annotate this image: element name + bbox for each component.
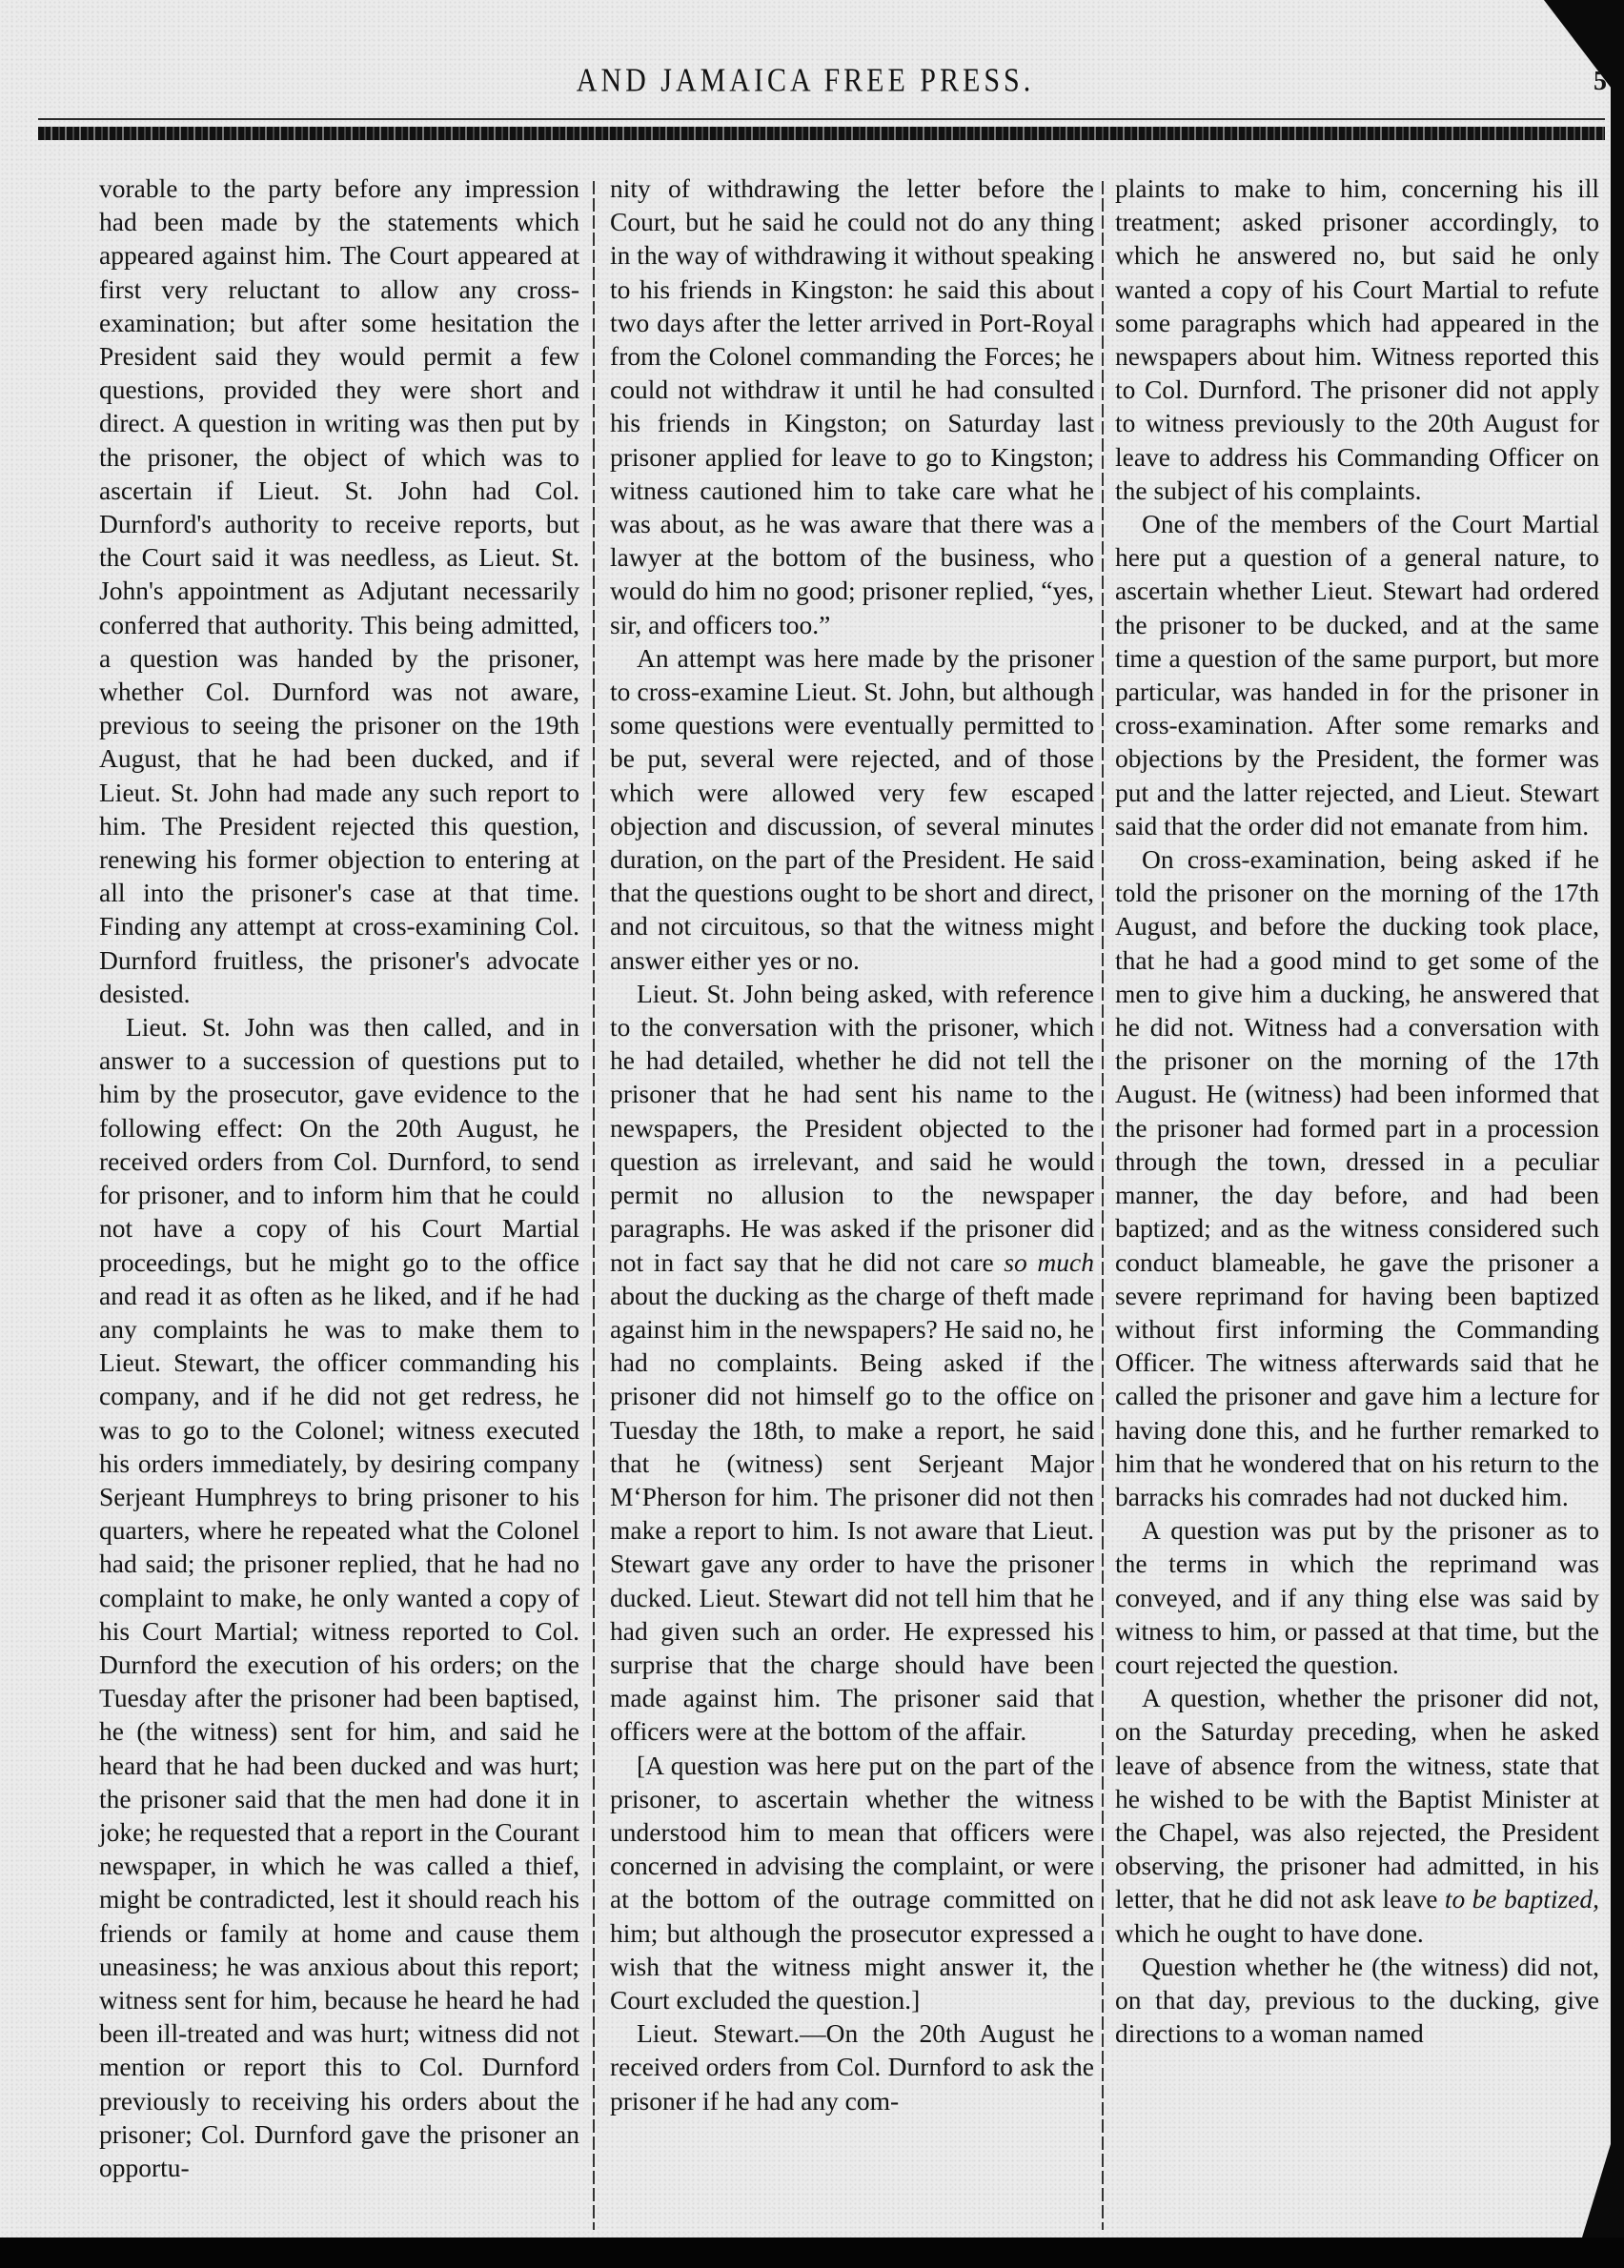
paragraph: [A question was here put on the part of …	[610, 1749, 1094, 2017]
paragraph: Question whether he (the witness) did no…	[1115, 1950, 1599, 2051]
column-divider	[593, 181, 595, 2230]
masthead-title: AND JAMAICA FREE PRESS.	[0, 62, 1611, 99]
scan-background-edge	[0, 2238, 1624, 2268]
paragraph: Lieut. St. John was then called, and in …	[99, 1010, 579, 2184]
italic-emphasis: to be baptized,	[1445, 1884, 1599, 1914]
paragraph: A question, whether the prisoner did not…	[1115, 1681, 1599, 1950]
page-number: 5	[1594, 67, 1607, 97]
column-divider	[1102, 181, 1104, 2230]
paragraph: An attempt was here made by the prisoner…	[610, 641, 1094, 977]
paragraph-text: about the ducking as the charge of theft…	[610, 1281, 1094, 1747]
column-1: vorable to the party before any impressi…	[99, 172, 579, 2184]
paragraph-text: Lieut. St. John being asked, with refere…	[610, 979, 1094, 1277]
header-rule-thin	[38, 118, 1605, 120]
paragraph-text: A question, whether the prisoner did not…	[1115, 1683, 1599, 1914]
column-3: plaints to make to him, concerning his i…	[1115, 172, 1599, 2050]
paragraph: vorable to the party before any impressi…	[99, 172, 579, 1010]
paragraph: Lieut. St. John being asked, with refere…	[610, 977, 1094, 1749]
paragraph: One of the members of the Court Martial …	[1115, 507, 1599, 842]
paragraph-text: which he ought to have done.	[1115, 1918, 1424, 1948]
header-rule-ornamental	[38, 127, 1605, 140]
paragraph: Lieut. Stewart.—On the 20th August he re…	[610, 2016, 1094, 2117]
newspaper-page: AND JAMAICA FREE PRESS. 5 vorable to the…	[0, 0, 1611, 2238]
paragraph: plaints to make to him, concerning his i…	[1115, 172, 1599, 507]
paragraph: A question was put by the prisoner as to…	[1115, 1513, 1599, 1681]
column-2: nity of withdrawing the letter before th…	[610, 172, 1094, 2117]
paragraph: nity of withdrawing the letter before th…	[610, 172, 1094, 641]
italic-emphasis: so much	[1004, 1247, 1094, 1277]
paragraph: On cross-examination, being asked if he …	[1115, 842, 1599, 1513]
